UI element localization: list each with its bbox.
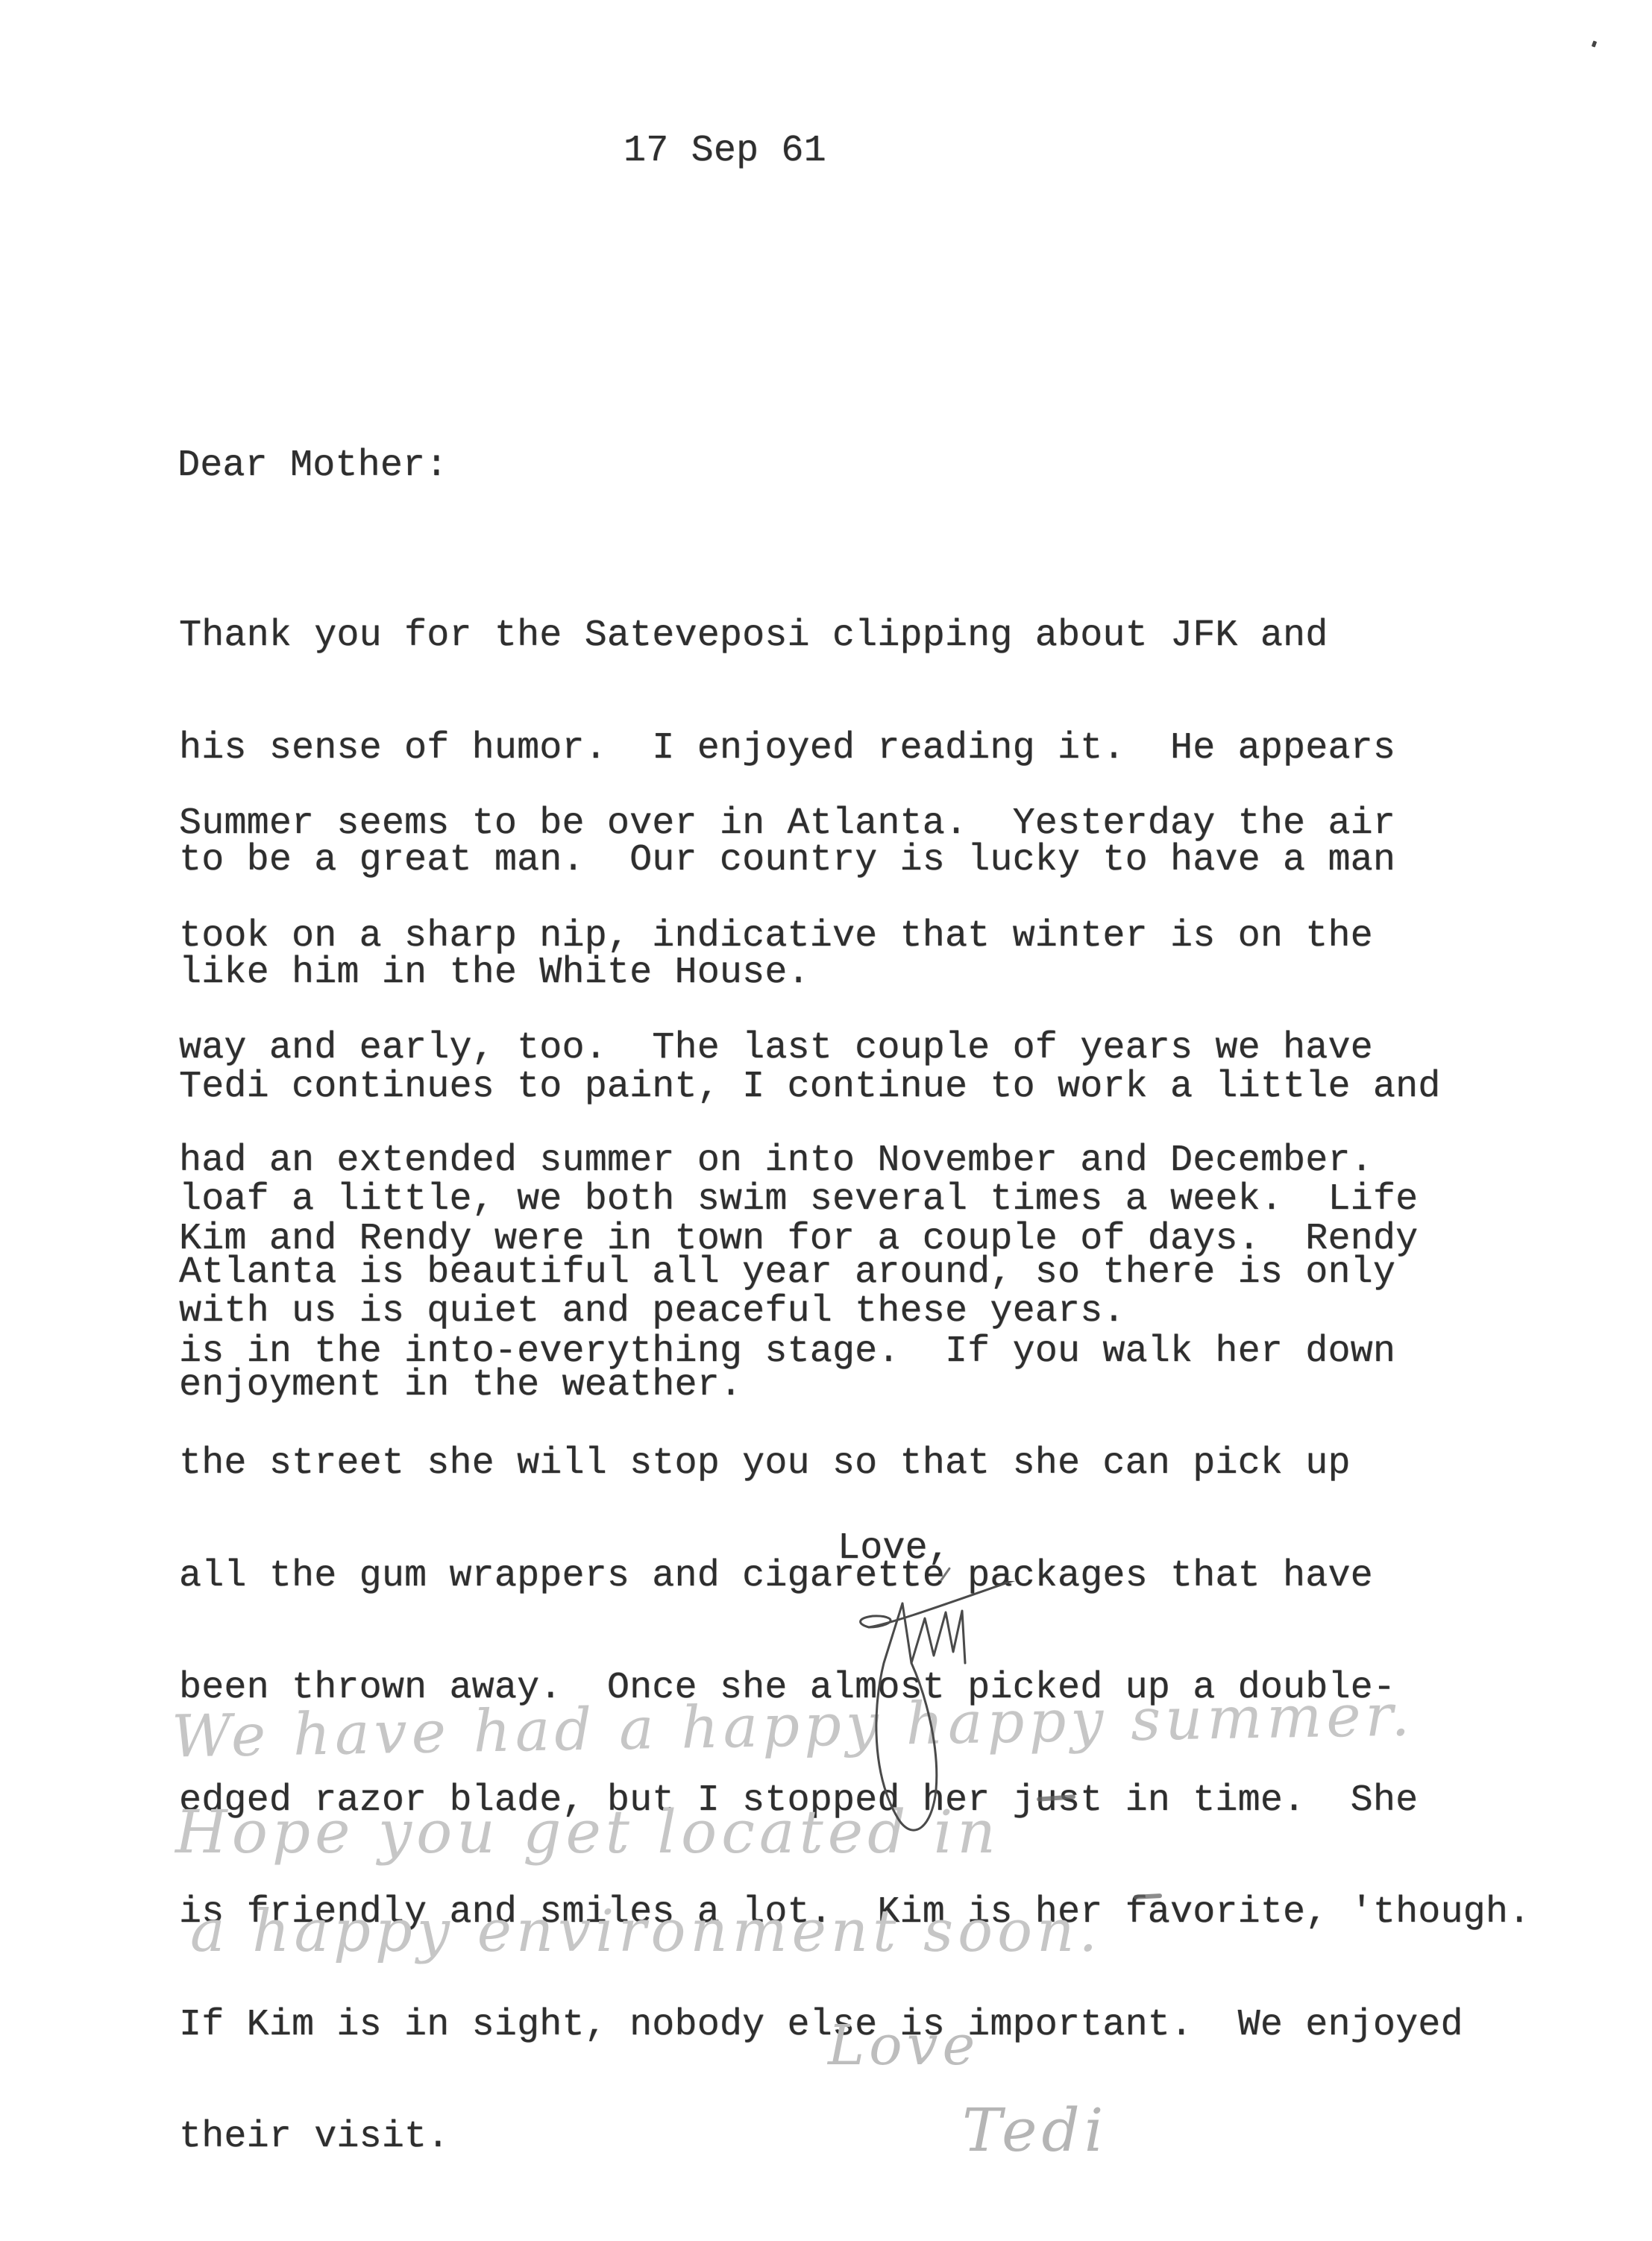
ink-speck [1592,40,1597,47]
paragraph-line: the street she will stop you so that she… [179,1445,1530,1483]
letter-page: 17 Sep 61 Dear Mother: Thank you for the… [0,0,1652,2241]
closing: Love, [838,1530,950,1568]
paragraph-line: Thank you for the Sateveposi clipping ab… [179,617,1395,656]
signature-icon [843,1581,1081,1849]
paragraph-line: is in the into-everything stage. If you … [179,1333,1530,1371]
postscript-closing: Love [828,2014,979,2078]
paragraph-line: took on a sharp nip, indicative that win… [179,918,1395,956]
paragraph-line: Kim and Rendy were in town for a couple … [179,1221,1530,1259]
letter-date: 17 Sep 61 [624,133,826,170]
salutation: Dear Mother: [178,447,447,485]
paragraph-line: their visit. [179,2119,1530,2157]
paragraph-line: Summer seems to be over in Atlanta. Yest… [179,805,1395,843]
postscript-line-3: a happy environment soon. [190,1898,1102,1965]
paragraph-line: Tedi continues to paint, I continue to w… [179,1069,1440,1107]
postscript-signature-name: Tedi [962,2096,1108,2165]
